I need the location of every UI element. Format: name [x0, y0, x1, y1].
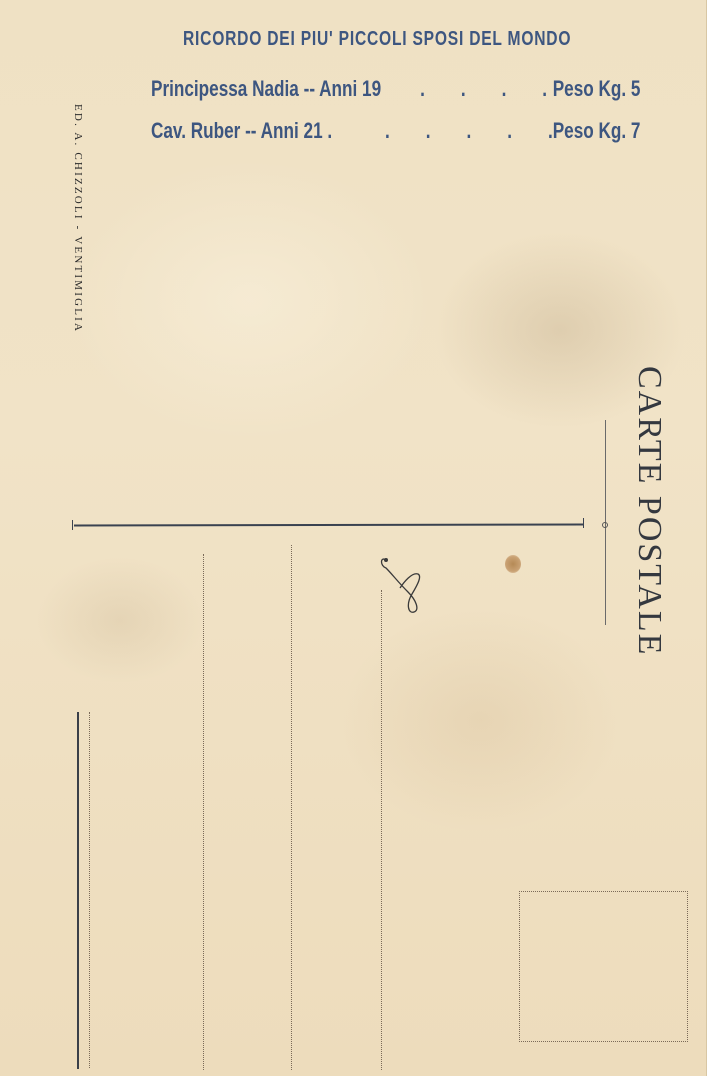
address-line-1	[89, 712, 90, 1068]
row-name: Principessa Nadia -- Anni 19	[151, 76, 381, 102]
paper-stain	[505, 555, 521, 573]
carte-postale-title: CARTE POSTALE	[630, 366, 668, 656]
row-weight: Peso Kg. 5	[553, 76, 641, 102]
row-dots: . . . . .	[385, 118, 568, 144]
row-dots: . . . .	[420, 76, 563, 102]
divider-vertical-left	[77, 712, 79, 1069]
address-line-3	[291, 545, 292, 1070]
stamp-box	[519, 891, 688, 1042]
postcard-back: RICORDO DEI PIU' PICCOLI SPOSI DEL MONDO…	[0, 0, 707, 1076]
divider-cap-left	[72, 520, 76, 530]
row-name: Cav. Ruber -- Anni 21 .	[151, 118, 332, 144]
address-line-4	[381, 590, 382, 1070]
couple-row-nadia: Principessa Nadia -- Anni 19 . . . . Pes…	[151, 76, 666, 102]
publisher-imprint: ED. A. CHIZZOLI - VENTIMIGLIA	[64, 104, 84, 434]
divider-cap-right	[583, 518, 587, 528]
couple-row-ruber: Cav. Ruber -- Anni 21 . . . . . . Peso K…	[151, 118, 666, 144]
handwritten-script-mark-icon	[378, 552, 428, 618]
address-line-2	[203, 554, 204, 1070]
row-weight: Peso Kg. 7	[553, 118, 641, 144]
ornament-dot	[602, 522, 608, 528]
header-title: RICORDO DEI PIU' PICCOLI SPOSI DEL MONDO	[183, 28, 571, 51]
divider-horizontal	[74, 523, 584, 526]
